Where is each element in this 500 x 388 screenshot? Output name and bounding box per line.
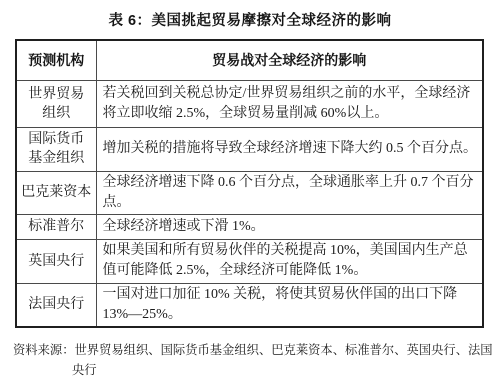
- table-row: 英国央行 如果美国和所有贸易伙伴的关税提高 10%，美国国内生产总值可能降低 2…: [16, 239, 483, 283]
- table-title: 表 6：美国挑起贸易摩擦对全球经济的影响: [0, 9, 500, 30]
- impact-cell: 一国对进口加征 10% 关税，将使其贸易伙伴国的出口下降 13%—25%。: [96, 283, 483, 327]
- impact-cell: 增加关税的措施将导致全球经济增速下降大约 0.5 个百分点。: [96, 127, 483, 171]
- impact-cell: 如果美国和所有贸易伙伴的关税提高 10%，美国国内生产总值可能降低 2.5%，全…: [96, 239, 483, 283]
- table-header-row: 预测机构 贸易战对全球经济的影响: [16, 40, 483, 80]
- institution-cell: 标准普尔: [16, 214, 96, 239]
- document-page: 表 6：美国挑起贸易摩擦对全球经济的影响 预测机构 贸易战对全球经济的影响 世界…: [0, 0, 500, 388]
- table-row: 国际货币 基金组织 增加关税的措施将导致全球经济增速下降大约 0.5 个百分点。: [16, 127, 483, 171]
- table-row: 巴克莱资本 全球经济增速下降 0.6 个百分点，全球通胀率上升 0.7 个百分点…: [16, 171, 483, 214]
- institution-cell: 法国央行: [16, 283, 96, 327]
- impact-cell: 全球经济增速下降 0.6 个百分点，全球通胀率上升 0.7 个百分点。: [96, 171, 483, 214]
- impact-cell: 若关税回到关税总协定/世界贸易组织之前的水平，全球经济将立即收缩 2.5%，全球…: [96, 80, 483, 127]
- table-row: 世界贸易 组织 若关税回到关税总协定/世界贸易组织之前的水平，全球经济将立即收缩…: [16, 80, 483, 127]
- institution-cell: 国际货币 基金组织: [16, 127, 96, 171]
- institution-cell: 世界贸易 组织: [16, 80, 96, 127]
- source-note: 资料来源：世界贸易组织、国际货币基金组织、巴克莱资本、标准普尔、英国央行、法国央…: [13, 340, 494, 380]
- table-row: 标准普尔 全球经济增速或下滑 1%。: [16, 214, 483, 239]
- institution-cell: 英国央行: [16, 239, 96, 283]
- institution-cell: 巴克莱资本: [16, 171, 96, 214]
- trade-war-impact-table: 预测机构 贸易战对全球经济的影响 世界贸易 组织 若关税回到关税总协定/世界贸易…: [15, 39, 484, 328]
- table-row: 法国央行 一国对进口加征 10% 关税，将使其贸易伙伴国的出口下降 13%—25…: [16, 283, 483, 327]
- impact-cell: 全球经济增速或下滑 1%。: [96, 214, 483, 239]
- col-header-impact: 贸易战对全球经济的影响: [96, 40, 483, 80]
- col-header-institution: 预测机构: [16, 40, 96, 80]
